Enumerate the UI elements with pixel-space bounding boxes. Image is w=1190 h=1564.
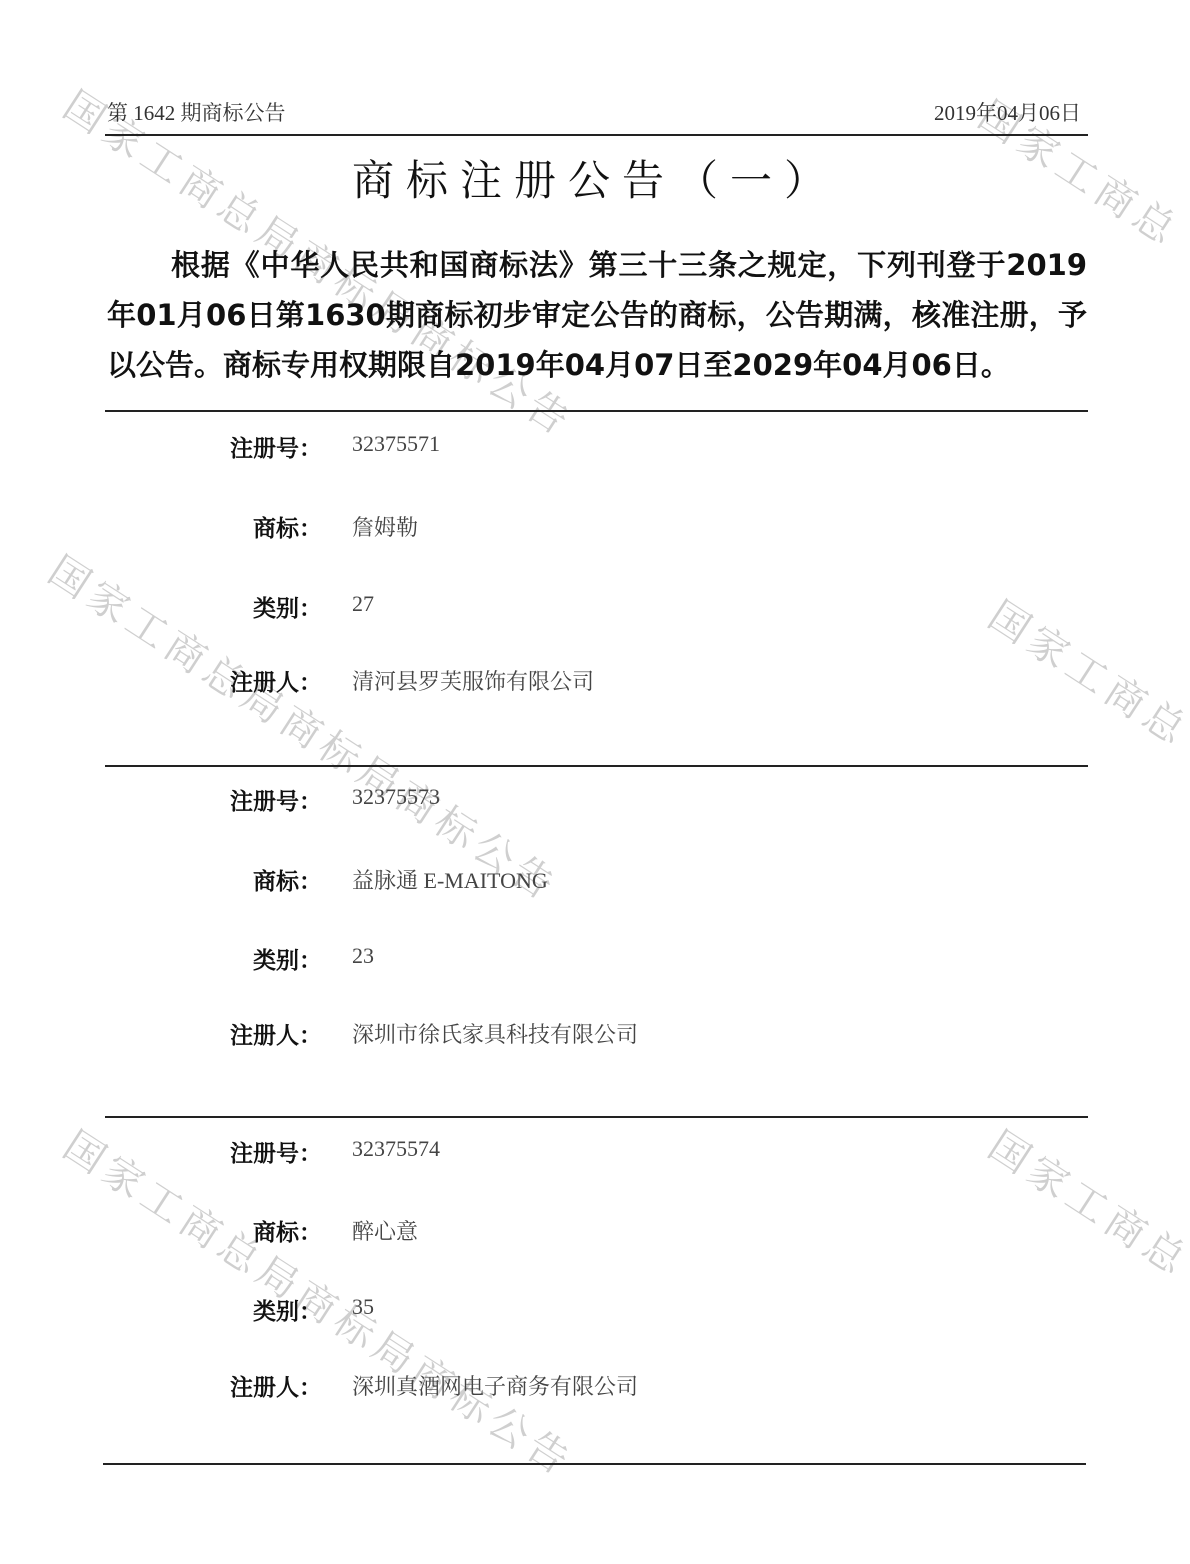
reg-no-label: 注册号： [230,430,322,463]
class-value: 23 [352,943,374,969]
registrant-label: 注册人： [230,1017,322,1050]
intro-paragraph: 根据《中华人民共和国商标法》第三十三条之规定，下列刊登于2019年01月06日第… [107,240,1087,390]
trademark-label: 商标： [253,510,322,543]
registrant-value: 深圳真酒网电子商务有限公司 [352,1370,638,1401]
registrant-label: 注册人： [230,664,322,697]
class-label: 类别： [253,1293,322,1326]
entry-divider [105,765,1088,767]
class-label: 类别： [253,942,322,975]
header-divider [105,134,1088,136]
trademark-value: 益脉通 E-MAITONG [352,864,548,895]
entry-divider [105,1116,1088,1118]
reg-no-value: 32375573 [352,784,440,810]
trademark-label: 商标： [253,1214,322,1247]
footer-divider [103,1463,1086,1465]
reg-no-value: 32375574 [352,1136,440,1162]
trademark-label: 商标： [253,863,322,896]
registrant-value: 深圳市徐氏家具科技有限公司 [352,1018,638,1049]
reg-no-label: 注册号： [230,1135,322,1168]
section-divider [105,410,1088,412]
reg-no-label: 注册号： [230,783,322,816]
trademark-value: 醉心意 [352,1215,418,1246]
publication-date: 2019年04月06日 [934,97,1081,127]
class-label: 类别： [253,590,322,623]
class-value: 27 [352,591,374,617]
trademark-value: 詹姆勒 [352,511,418,542]
registrant-value: 清河县罗芙服饰有限公司 [352,665,594,696]
issue-number: 第 1642 期商标公告 [107,97,286,127]
class-value: 35 [352,1294,374,1320]
registrant-label: 注册人： [230,1369,322,1402]
reg-no-value: 32375571 [352,431,440,457]
page-title: 商标注册公告（一） [0,148,1190,208]
